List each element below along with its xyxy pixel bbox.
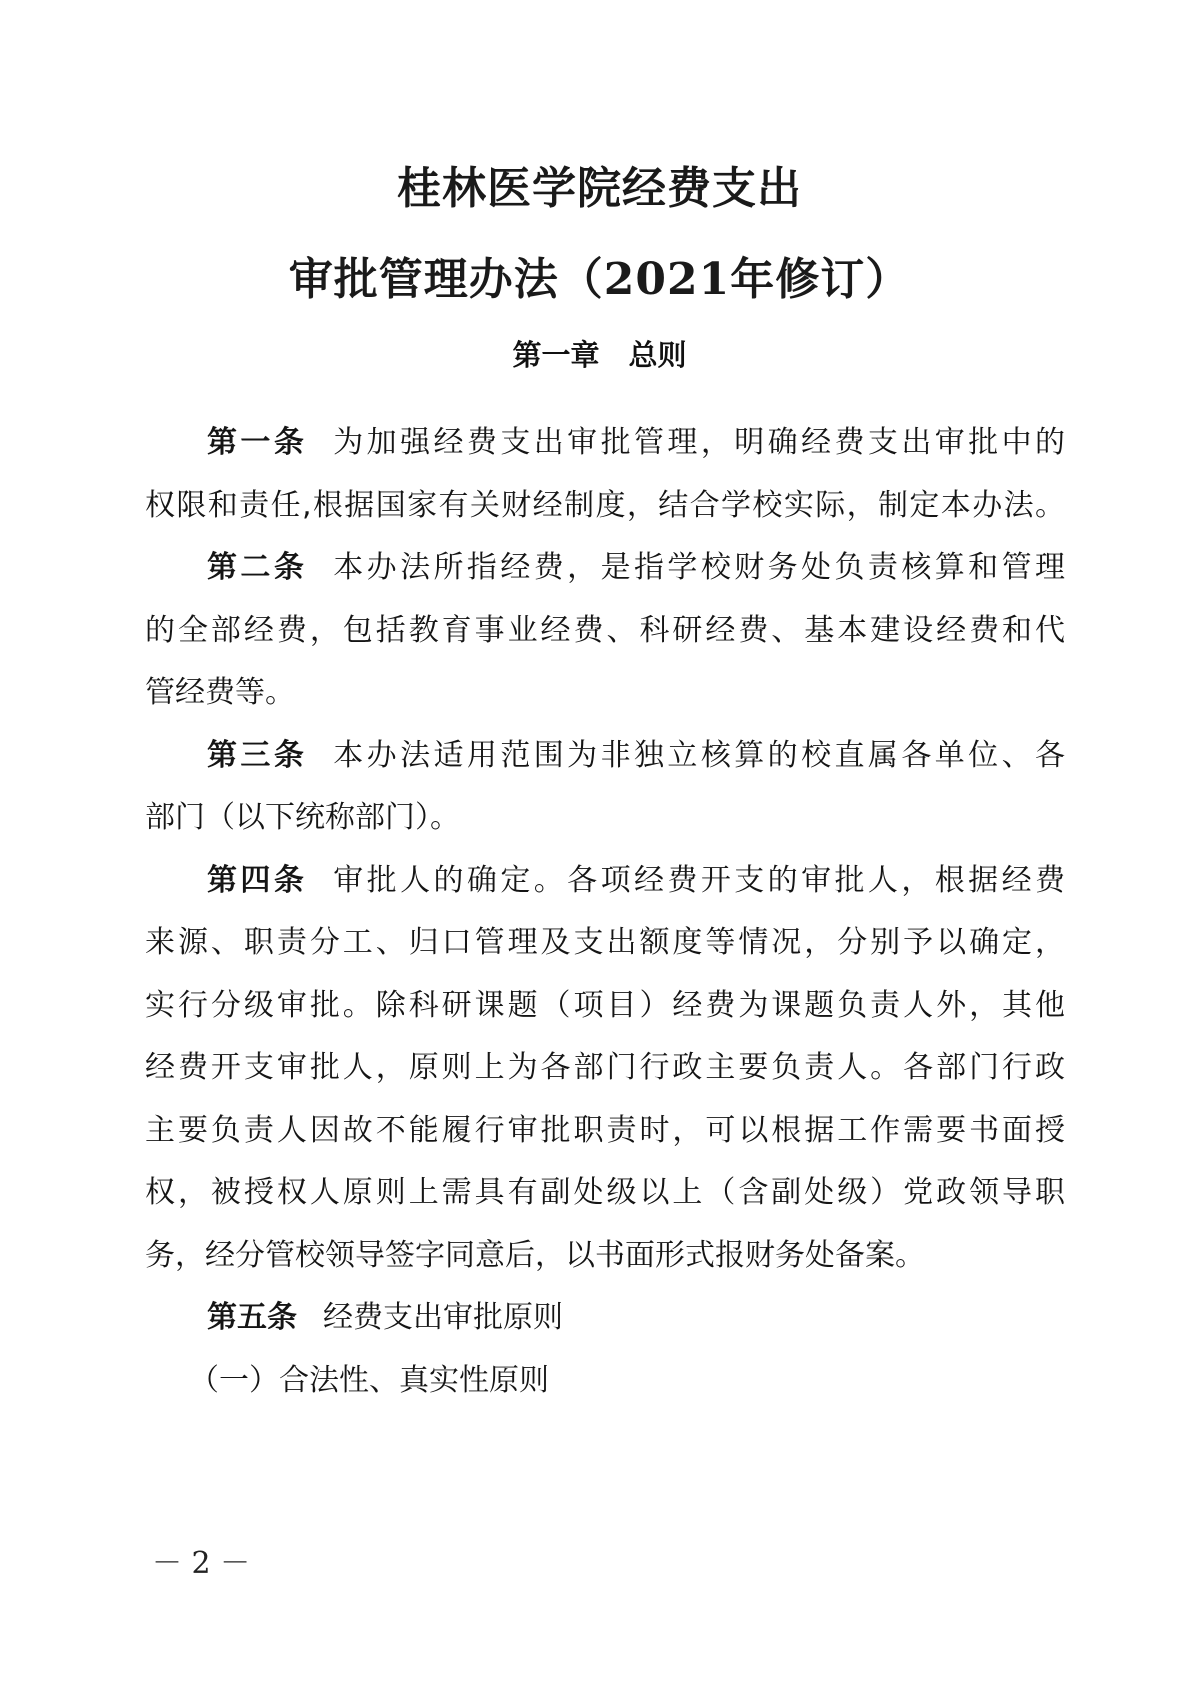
- chapter-heading: 第一章 总则: [0, 333, 1199, 374]
- article-label: 第四条: [207, 863, 307, 898]
- document-body: 第一条为加强经费支出审批管理，明确经费支出审批中的 权限和责任,根据国家有关财经…: [145, 412, 1065, 1412]
- article-label: 第五条: [207, 1300, 297, 1335]
- page-number: － 2 －: [152, 1538, 250, 1582]
- article-2-line-3: 管经费等。: [145, 662, 1065, 725]
- sub-item-1: （一）合法性、真实性原则: [145, 1350, 1065, 1413]
- article-5-line-1: 第五条经费支出审批原则: [145, 1287, 1065, 1350]
- document-title-line1: 桂林医学院经费支出: [0, 152, 1199, 216]
- article-label: 第一条: [207, 425, 307, 460]
- article-text: 审批人的确定。各项经费开支的审批人，根据经费: [333, 863, 1065, 898]
- article-4-line-2: 来源、职责分工、归口管理及支出额度等情况，分别予以确定，: [145, 912, 1065, 975]
- article-text: 为加强经费支出审批管理，明确经费支出审批中的: [333, 425, 1065, 460]
- article-text: 本办法所指经费，是指学校财务处负责核算和管理: [333, 550, 1065, 585]
- article-2-line-2: 的全部经费，包括教育事业经费、科研经费、基本建设经费和代: [145, 600, 1065, 663]
- document-title-line2: 审批管理办法（2021年修订）: [0, 243, 1199, 307]
- article-4-line-1: 第四条审批人的确定。各项经费开支的审批人，根据经费: [145, 850, 1065, 913]
- article-4-line-3: 实行分级审批。除科研课题（项目）经费为课题负责人外，其他: [145, 975, 1065, 1038]
- article-1-line-2: 权限和责任,根据国家有关财经制度，结合学校实际，制定本办法。: [145, 475, 1065, 538]
- article-4-line-4: 经费开支审批人，原则上为各部门行政主要负责人。各部门行政: [145, 1037, 1065, 1100]
- article-2-line-1: 第二条本办法所指经费，是指学校财务处负责核算和管理: [145, 537, 1065, 600]
- article-4-line-6: 权，被授权人原则上需具有副处级以上（含副处级）党政领导职: [145, 1162, 1065, 1225]
- document-page: 桂林医学院经费支出 审批管理办法（2021年修订） 第一章 总则 第一条为加强经…: [0, 0, 1199, 1696]
- article-text: 本办法适用范围为非独立核算的校直属各单位、各: [333, 738, 1065, 773]
- article-3-line-1: 第三条本办法适用范围为非独立核算的校直属各单位、各: [145, 725, 1065, 788]
- article-label: 第三条: [207, 738, 307, 773]
- article-4-line-5: 主要负责人因故不能履行审批职责时，可以根据工作需要书面授: [145, 1100, 1065, 1163]
- article-1-line-1: 第一条为加强经费支出审批管理，明确经费支出审批中的: [145, 412, 1065, 475]
- article-label: 第二条: [207, 550, 307, 585]
- article-4-line-7: 务，经分管校领导签字同意后，以书面形式报财务处备案。: [145, 1225, 1065, 1288]
- article-text: 经费支出审批原则: [323, 1300, 563, 1335]
- article-3-line-2: 部门（以下统称部门）。: [145, 787, 1065, 850]
